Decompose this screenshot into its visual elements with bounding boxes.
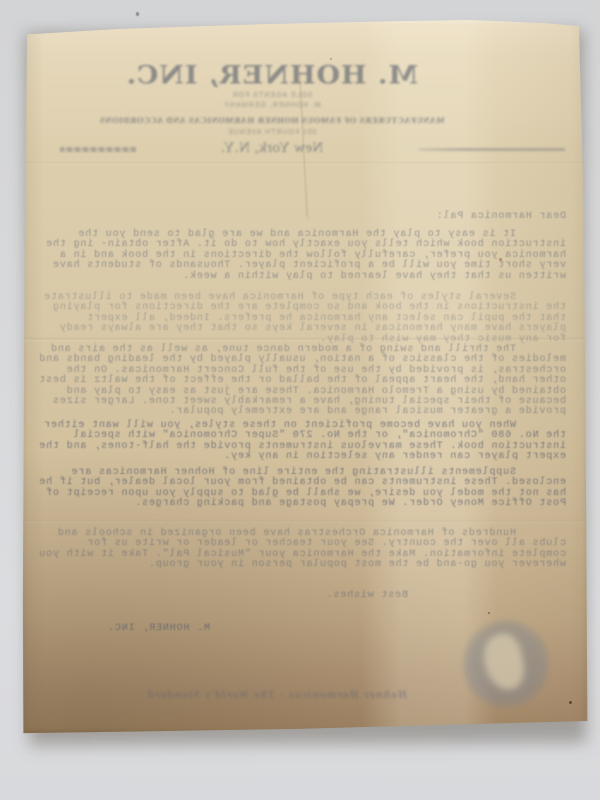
paragraph-5: Supplements illustrating the entire line… [34,468,566,510]
photo-of-letter-back: M. HOHNER, INC. SOLE AGENTS FOR M. HOHNE… [0,0,600,800]
letterhead-rule-right [60,147,136,152]
paragraph-6: Hundreds of Harmonica Orchestras have be… [34,529,566,571]
paragraph-2: Several styles of each type of Harmonica… [34,293,566,345]
letter-paper-sheet: M. HOHNER, INC. SOLE AGENTS FOR M. HOHNE… [22,20,588,736]
salutation: Dear Harmonica Pal: [34,212,566,222]
letterhead-banner: MANUFACTURERS OF FAMOUS HOHNER HARMONICA… [22,115,522,125]
paragraph-1: It is easy to play the Harmonica and we … [34,230,566,282]
letterhead-address: 351 FOURTH AVENUE [22,129,522,137]
background-speck [136,12,139,16]
company-name: M. HOHNER, INC. [22,63,522,90]
paragraph-3: The thrill and swing of a modern dance t… [34,345,566,418]
closing-line: Best wishes. [208,591,408,601]
letterhead-rule-left [419,148,565,151]
mirrored-letter-text-layer: M. HOHNER, INC. SOLE AGENTS FOR M. HOHNE… [22,20,588,736]
footer-slogan: Hohner Harmonicas - The World's Standard [134,689,420,701]
letterhead-subtitle-2: M. HOHNER, GERMANY [22,102,522,110]
letterhead: M. HOHNER, INC. SOLE AGENTS FOR M. HOHNE… [22,62,522,156]
signature-company: M. HOHNER, INC. [30,624,210,634]
letterhead-subtitle-1: SOLE AGENTS FOR [22,92,522,100]
paragraph-4: When you have become proficient on these… [34,421,566,463]
